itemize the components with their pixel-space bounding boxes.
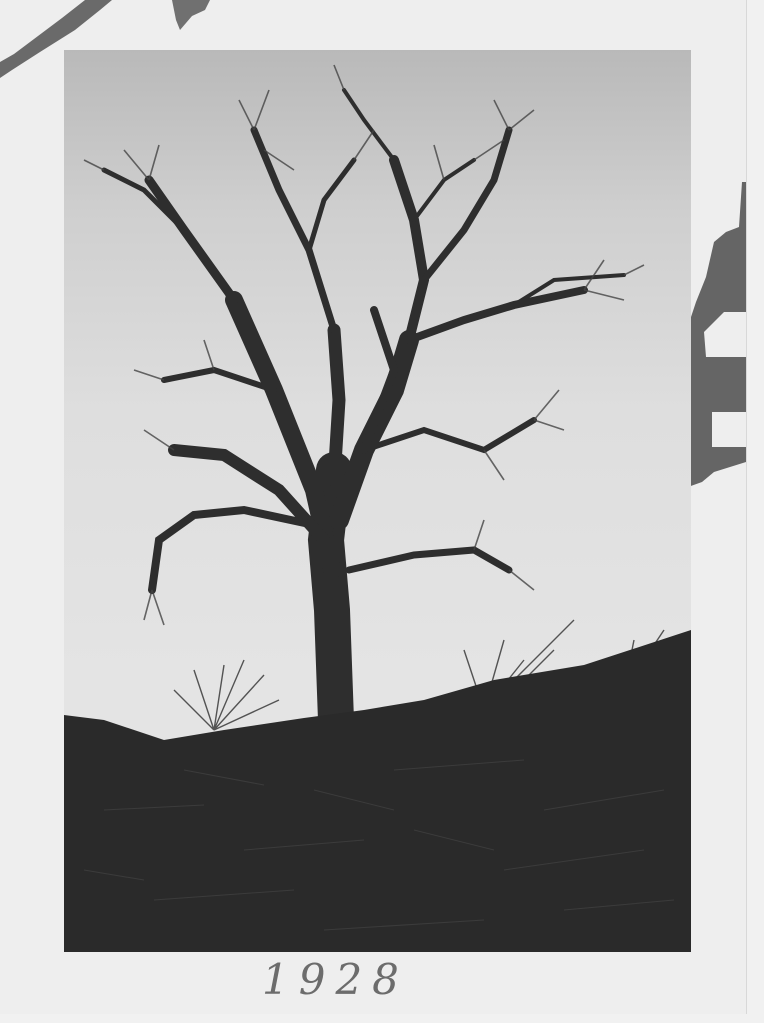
photograph [64,50,691,952]
tree-twigs [84,65,644,625]
tree-landscape [64,50,691,952]
hillside [64,630,691,952]
album-page: 1928 [0,0,747,1014]
photo-caption-date: 1928 [262,955,409,1004]
torn-tape-right [684,182,746,492]
